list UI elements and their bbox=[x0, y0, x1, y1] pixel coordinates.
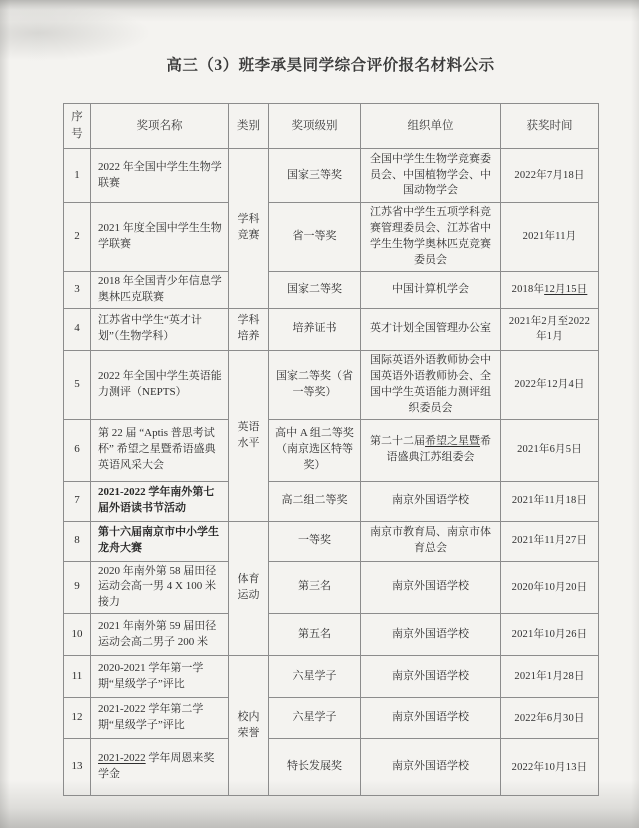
award-date-cell: 2021年6月5日 bbox=[501, 419, 599, 481]
page-title: 高三（3）班李承昊同学综合评价报名材料公示 bbox=[63, 53, 598, 75]
category-cell: 学科培养 bbox=[229, 308, 269, 350]
organizer-cell: 南京市教育局、南京市体育总会 bbox=[361, 521, 501, 561]
row-number-cell: 6 bbox=[64, 419, 91, 481]
award-level-cell: 培养证书 bbox=[269, 308, 361, 350]
row-number-cell: 5 bbox=[64, 350, 91, 419]
organizer-cell: 南京外国语学校 bbox=[361, 561, 501, 614]
award-date-cell: 2018年12月15日 bbox=[501, 271, 599, 308]
award-name-cell: 江苏省中学生“英才计划”（生物学科） bbox=[91, 308, 229, 350]
award-date-cell: 2022年10月13日 bbox=[501, 739, 599, 796]
organizer-cell: 南京外国语学校 bbox=[361, 656, 501, 698]
award-level-cell: 一等奖 bbox=[269, 521, 361, 561]
category-cell: 体育运动 bbox=[229, 521, 269, 656]
award-name-cell: 2021-2022 学年第二学期“星级学子”评比 bbox=[91, 698, 229, 739]
table-row: 32018 年全国青少年信息学奥林匹克联赛国家二等奖中国计算机学会2018年12… bbox=[64, 271, 599, 308]
column-header: 类别 bbox=[229, 104, 269, 149]
awards-table-body: 12022 年全国中学生生物学联赛学科竞赛国家三等奖全国中学生生物学竞赛委员会、… bbox=[64, 149, 599, 796]
award-name-cell: 2020 年南外第 58 届田径运动会高一男 4 X 100 米接力 bbox=[91, 561, 229, 614]
award-name-cell: 2022 年全国中学生生物学联赛 bbox=[91, 149, 229, 203]
column-header: 组织单位 bbox=[361, 104, 501, 149]
award-date-cell: 2022年7月18日 bbox=[501, 149, 599, 203]
award-name-cell: 2021-2022 学年南外第七届外语读书节活动 bbox=[91, 481, 229, 521]
award-level-cell: 省一等奖 bbox=[269, 203, 361, 272]
award-level-cell: 六星学子 bbox=[269, 656, 361, 698]
table-row: 72021-2022 学年南外第七届外语读书节活动高二组二等奖南京外国语学校20… bbox=[64, 481, 599, 521]
table-row: 112020-2021 学年第一学期“星级学子”评比校内荣誉六星学子南京外国语学… bbox=[64, 656, 599, 698]
row-number-cell: 3 bbox=[64, 271, 91, 308]
table-row: 122021-2022 学年第二学期“星级学子”评比六星学子南京外国语学校202… bbox=[64, 698, 599, 739]
award-level-cell: 国家二等奖（省一等奖） bbox=[269, 350, 361, 419]
category-cell: 校内荣誉 bbox=[229, 656, 269, 796]
row-number-cell: 7 bbox=[64, 481, 91, 521]
row-number-cell: 13 bbox=[64, 739, 91, 796]
category-cell: 英语水平 bbox=[229, 350, 269, 521]
table-row: 52022 年全国中学生英语能力测评（NEPTS）英语水平国家二等奖（省一等奖）… bbox=[64, 350, 599, 419]
award-name-cell: 2020-2021 学年第一学期“星级学子”评比 bbox=[91, 656, 229, 698]
table-row: 92020 年南外第 58 届田径运动会高一男 4 X 100 米接力第三名南京… bbox=[64, 561, 599, 614]
organizer-cell: 南京外国语学校 bbox=[361, 614, 501, 656]
table-row: 6第 22 届 “Aptis 普思考试杯” 希望之星暨希语盛典英语风采大会高中 … bbox=[64, 419, 599, 481]
row-number-cell: 8 bbox=[64, 521, 91, 561]
row-number-cell: 9 bbox=[64, 561, 91, 614]
award-level-cell: 高中 A 组二等奖（南京选区特等奖） bbox=[269, 419, 361, 481]
award-date-cell: 2021年10月26日 bbox=[501, 614, 599, 656]
organizer-cell: 国际英语外语教师协会中国英语外语教师协会、全国中学生英语能力测评组织委员会 bbox=[361, 350, 501, 419]
award-date-cell: 2021年11月27日 bbox=[501, 521, 599, 561]
table-row: 22021 年度全国中学生生物学联赛省一等奖江苏省中学生五项学科竞赛管理委员会、… bbox=[64, 203, 599, 272]
award-level-cell: 六星学子 bbox=[269, 698, 361, 739]
organizer-cell: 南京外国语学校 bbox=[361, 739, 501, 796]
award-date-cell: 2020年10月20日 bbox=[501, 561, 599, 614]
row-number-cell: 12 bbox=[64, 698, 91, 739]
row-number-cell: 2 bbox=[64, 203, 91, 272]
award-date-cell: 2021年11月 bbox=[501, 203, 599, 272]
award-name-cell: 2021 年度全国中学生生物学联赛 bbox=[91, 203, 229, 272]
awards-table: 序号奖项名称类别奖项级别组织单位获奖时间 12022 年全国中学生生物学联赛学科… bbox=[63, 103, 599, 796]
table-row: 8第十六届南京市中小学生龙舟大赛体育运动一等奖南京市教育局、南京市体育总会202… bbox=[64, 521, 599, 561]
award-date-cell: 2021年1月28日 bbox=[501, 656, 599, 698]
award-date-cell: 2021年2月至2022年1月 bbox=[501, 308, 599, 350]
document-photo: 高三（3）班李承昊同学综合评价报名材料公示 序号奖项名称类别奖项级别组织单位获奖… bbox=[0, 0, 639, 828]
award-level-cell: 第五名 bbox=[269, 614, 361, 656]
column-header: 序号 bbox=[64, 104, 91, 149]
column-header: 奖项名称 bbox=[91, 104, 229, 149]
award-name-cell: 2018 年全国青少年信息学奥林匹克联赛 bbox=[91, 271, 229, 308]
table-row: 132021-2022 学年周恩来奖学金特长发展奖南京外国语学校2022年10月… bbox=[64, 739, 599, 796]
header-row: 序号奖项名称类别奖项级别组织单位获奖时间 bbox=[64, 104, 599, 149]
organizer-cell: 英才计划全国管理办公室 bbox=[361, 308, 501, 350]
award-date-cell: 2021年11月18日 bbox=[501, 481, 599, 521]
row-number-cell: 11 bbox=[64, 656, 91, 698]
organizer-cell: 南京外国语学校 bbox=[361, 481, 501, 521]
organizer-cell: 第二十二届希望之星暨希语盛典江苏组委会 bbox=[361, 419, 501, 481]
award-date-cell: 2022年12月4日 bbox=[501, 350, 599, 419]
organizer-cell: 全国中学生生物学竞赛委员会、中国植物学会、中国动物学会 bbox=[361, 149, 501, 203]
award-name-cell: 第 22 届 “Aptis 普思考试杯” 希望之星暨希语盛典英语风采大会 bbox=[91, 419, 229, 481]
organizer-cell: 江苏省中学生五项学科竞赛管理委员会、江苏省中学生生物学奥林匹克竞赛委员会 bbox=[361, 203, 501, 272]
row-number-cell: 10 bbox=[64, 614, 91, 656]
award-name-cell: 第十六届南京市中小学生龙舟大赛 bbox=[91, 521, 229, 561]
award-name-cell: 2022 年全国中学生英语能力测评（NEPTS） bbox=[91, 350, 229, 419]
row-number-cell: 4 bbox=[64, 308, 91, 350]
organizer-cell: 南京外国语学校 bbox=[361, 698, 501, 739]
table-row: 102021 年南外第 59 届田径运动会高二男子 200 米第五名南京外国语学… bbox=[64, 614, 599, 656]
award-level-cell: 高二组二等奖 bbox=[269, 481, 361, 521]
category-cell: 学科竞赛 bbox=[229, 149, 269, 309]
award-level-cell: 第三名 bbox=[269, 561, 361, 614]
row-number-cell: 1 bbox=[64, 149, 91, 203]
award-level-cell: 特长发展奖 bbox=[269, 739, 361, 796]
column-header: 奖项级别 bbox=[269, 104, 361, 149]
table-row: 12022 年全国中学生生物学联赛学科竞赛国家三等奖全国中学生生物学竞赛委员会、… bbox=[64, 149, 599, 203]
column-header: 获奖时间 bbox=[501, 104, 599, 149]
award-level-cell: 国家二等奖 bbox=[269, 271, 361, 308]
organizer-cell: 中国计算机学会 bbox=[361, 271, 501, 308]
table-row: 4江苏省中学生“英才计划”（生物学科）学科培养培养证书英才计划全国管理办公室20… bbox=[64, 308, 599, 350]
award-name-cell: 2021 年南外第 59 届田径运动会高二男子 200 米 bbox=[91, 614, 229, 656]
award-date-cell: 2022年6月30日 bbox=[501, 698, 599, 739]
award-level-cell: 国家三等奖 bbox=[269, 149, 361, 203]
award-name-cell: 2021-2022 学年周恩来奖学金 bbox=[91, 739, 229, 796]
